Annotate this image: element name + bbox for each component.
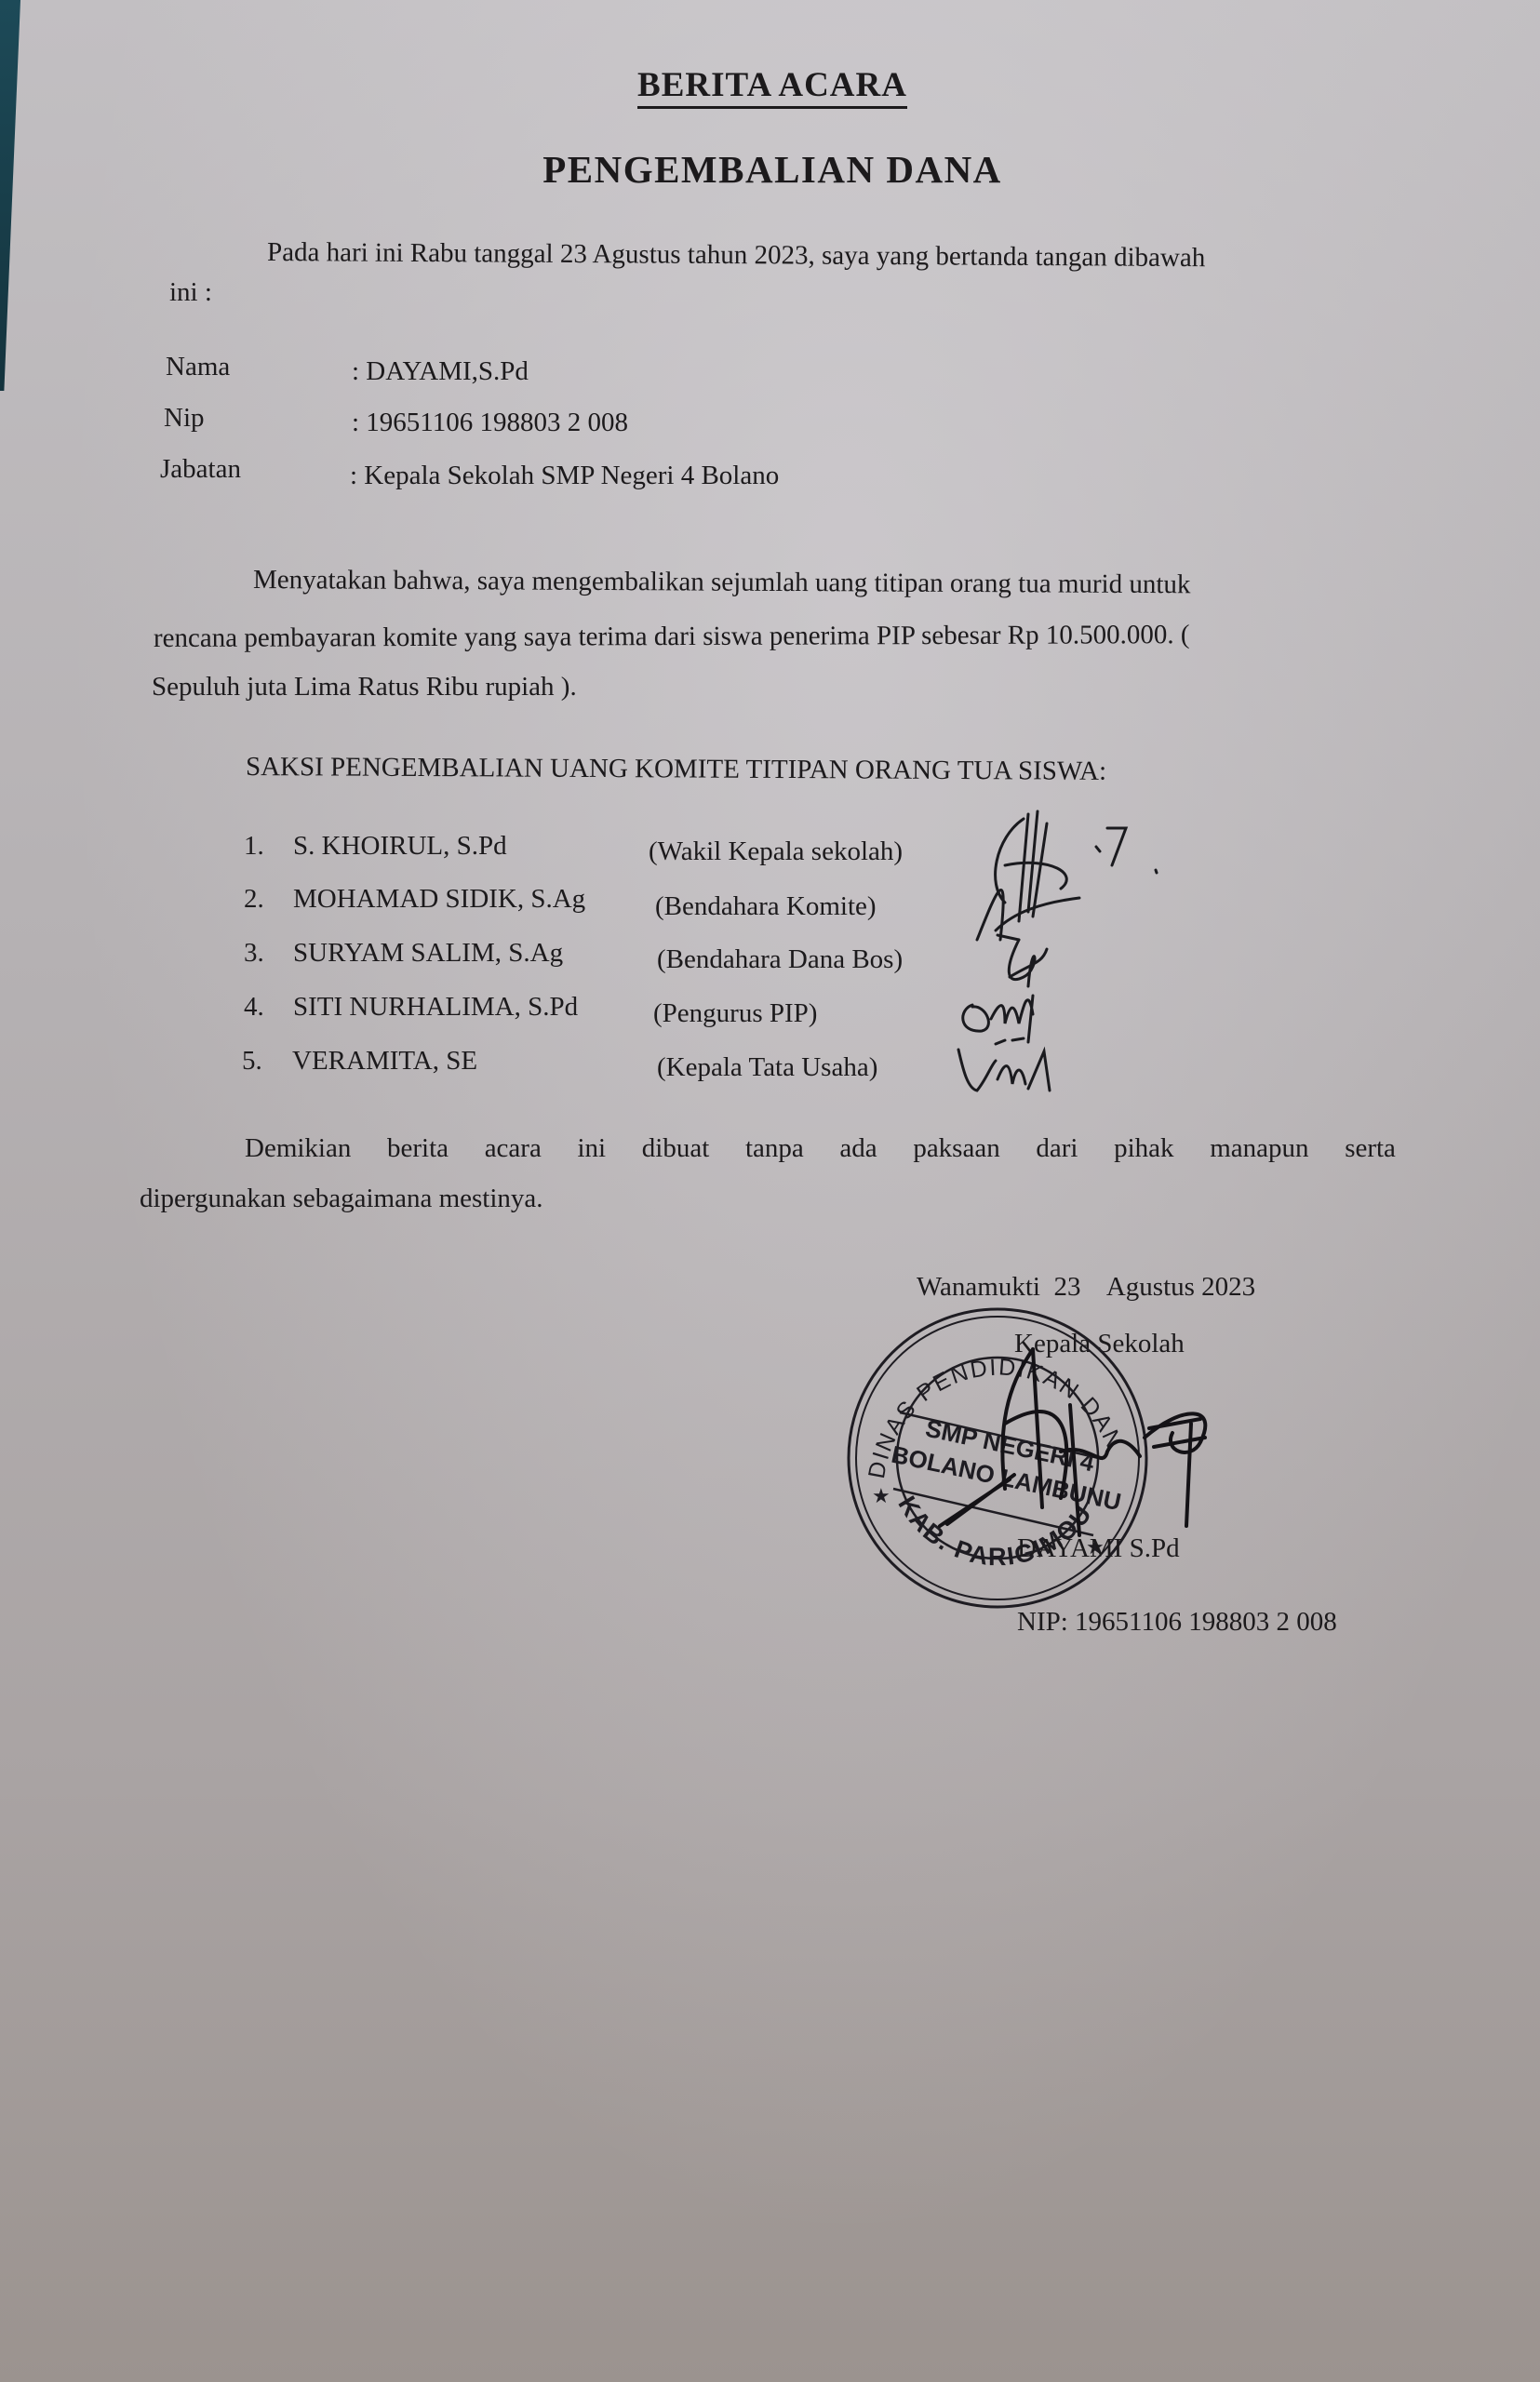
identity-label-nama: Nama	[166, 352, 230, 382]
witness-number: 1.	[244, 831, 264, 862]
witness-number: 5.	[242, 1046, 262, 1077]
closing-word: berita	[387, 1133, 449, 1164]
svg-text:★: ★	[872, 1484, 891, 1507]
closing-word: Demikian	[245, 1133, 351, 1164]
opening-line-1: Pada hari ini Rabu tanggal 23 Agustus ta…	[267, 237, 1206, 274]
closing-line-2: dipergunakan sebagaimana mestinya.	[140, 1184, 543, 1214]
identity-value-jabatan: : Kepala Sekolah SMP Negeri 4 Bolano	[350, 461, 779, 491]
witness-number: 3.	[244, 938, 264, 969]
closing-word: paksaan	[913, 1133, 999, 1164]
identity-label-jabatan: Jabatan	[160, 454, 241, 485]
witness-number: 2.	[244, 884, 264, 915]
place-date: Wanamukti 23 Agustus 2023	[917, 1272, 1255, 1303]
document-title: BERITA ACARA	[0, 65, 1540, 105]
closing-word: dari	[1036, 1133, 1078, 1164]
closing-line-1: Demikian berita acara ini dibuat tanpa a…	[245, 1133, 1396, 1164]
witness-heading: SAKSI PENGEMBALIAN UANG KOMITE TITIPAN O…	[246, 752, 1106, 787]
signer-name: DAYAMI S.Pd	[1017, 1533, 1180, 1564]
witness-role: (Kepala Tata Usaha)	[657, 1052, 877, 1083]
witness-name: SURYAM SALIM, S.Ag	[293, 938, 563, 969]
statement-line-1: Menyatakan bahwa, saya mengembalikan sej…	[253, 565, 1191, 600]
witness-name: VERAMITA, SE	[292, 1046, 477, 1077]
closing-word: ada	[839, 1133, 877, 1164]
closing-word: dibuat	[642, 1133, 710, 1164]
witness-signatures-icon	[940, 800, 1182, 1107]
identity-label-nip: Nip	[164, 403, 205, 434]
witness-role: (Pengurus PIP)	[653, 998, 817, 1029]
closing-word: tanpa	[745, 1133, 804, 1164]
witness-role: (Wakil Kepala sekolah)	[649, 836, 903, 867]
closing-word: pihak	[1114, 1133, 1173, 1164]
identity-value-nama: : DAYAMI,S.Pd	[352, 356, 529, 387]
signer-nip: NIP: 19651106 198803 2 008	[1017, 1607, 1337, 1638]
closing-word: acara	[485, 1133, 542, 1164]
closing-word: serta	[1345, 1133, 1396, 1164]
closing-word: ini	[578, 1133, 607, 1164]
witness-name: S. KHOIRUL, S.Pd	[293, 831, 507, 862]
document-subtitle: PENGEMBALIAN DANA	[0, 147, 1540, 192]
identity-value-nip: : 19651106 198803 2 008	[352, 408, 628, 438]
witness-name: SITI NURHALIMA, S.Pd	[293, 992, 578, 1023]
witness-role: (Bendahara Komite)	[655, 891, 877, 922]
witness-role: (Bendahara Dana Bos)	[657, 944, 903, 975]
witness-number: 4.	[244, 992, 264, 1023]
statement-line-2: rencana pembayaran komite yang saya teri…	[154, 620, 1190, 654]
closing-word: manapun	[1210, 1133, 1308, 1164]
statement-line-3: Sepuluh juta Lima Ratus Ribu rupiah ).	[152, 672, 577, 703]
witness-name: MOHAMAD SIDIK, S.Ag	[293, 884, 585, 915]
opening-line-2: ini :	[169, 277, 212, 308]
